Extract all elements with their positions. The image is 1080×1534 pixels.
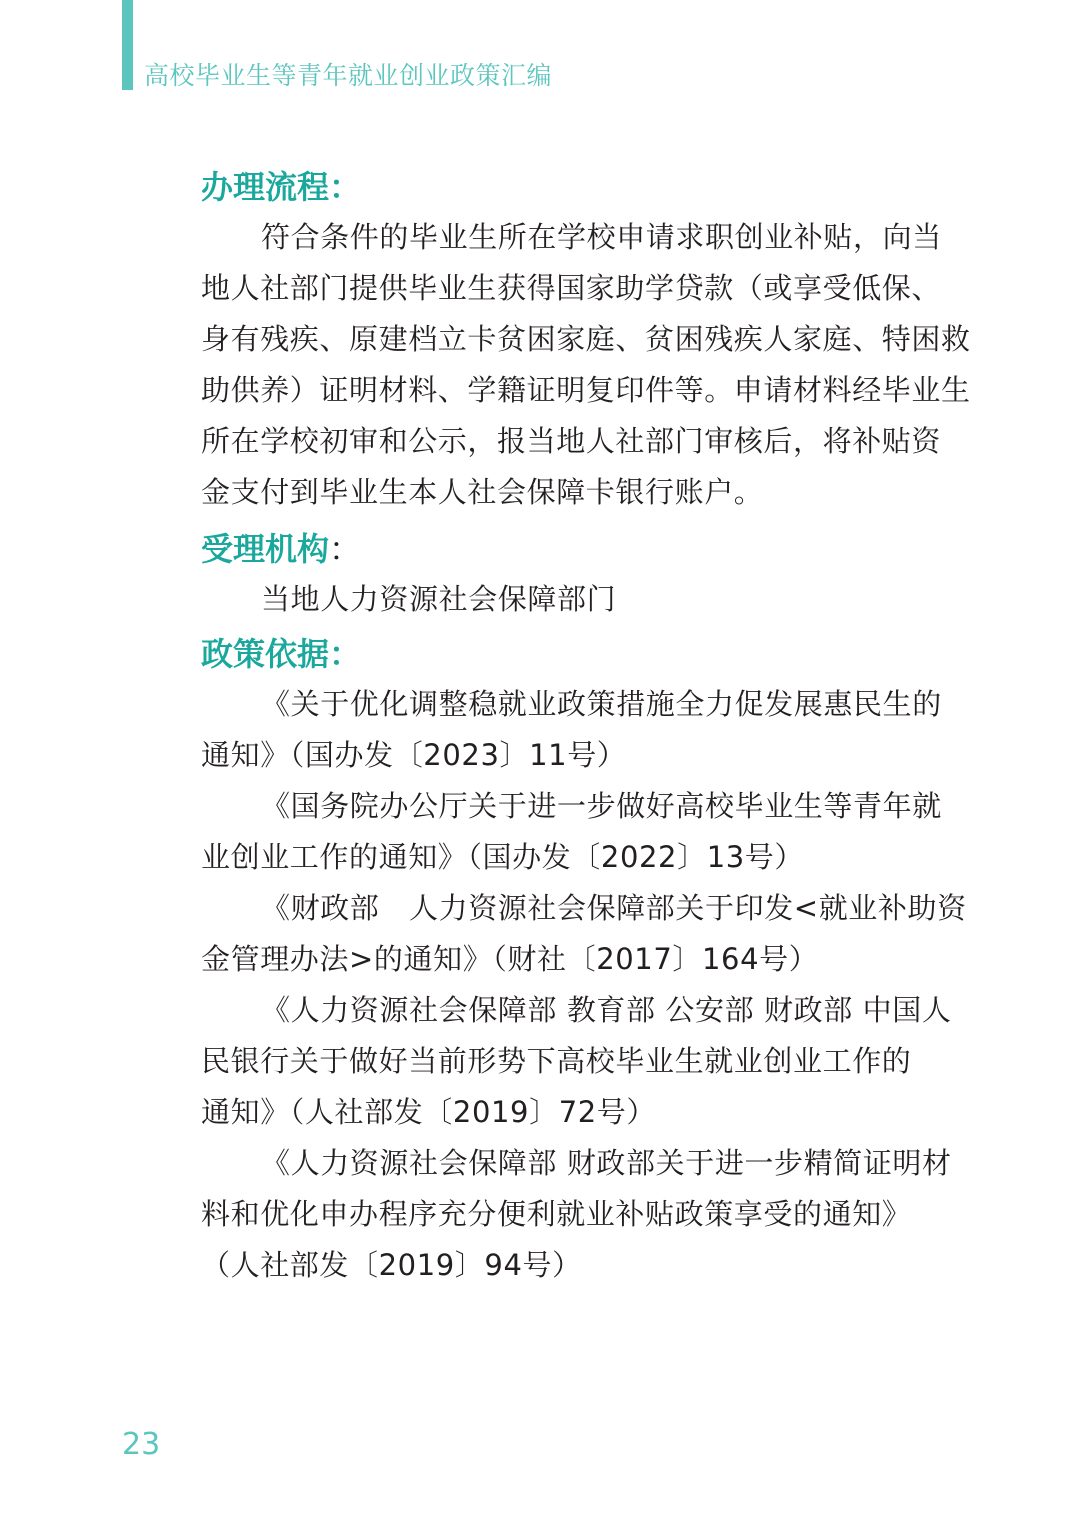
- policy-document-2: 《国务院办公厅关于进一步做好高校毕业生等青年就 业创业工作的通知》（国办发〔20…: [201, 781, 961, 883]
- section-process: 办理流程： 符合条件的毕业生所在学校申请求职创业补贴，向当 地人社部门提供毕业生…: [201, 162, 961, 518]
- document-line: 《关于优化调整稳就业政策措施全力促发展惠民生的: [201, 679, 961, 730]
- paragraph-line: 地人社部门提供毕业生获得国家助学贷款（或享受低保、: [201, 263, 961, 314]
- section-heading-process: 办理流程：: [201, 162, 961, 212]
- paragraph-line: 身有残疾、原建档立卡贫困家庭、贫困残疾人家庭、特困救: [201, 314, 961, 365]
- document-line: 通知》（人社部发〔2019〕72号）: [201, 1087, 961, 1138]
- header-accent-bar: [122, 0, 133, 90]
- agency-text: 当地人力资源社会保障部门: [201, 574, 961, 625]
- policy-document-1: 《关于优化调整稳就业政策措施全力促发展惠民生的 通知》（国办发〔2023〕11号…: [201, 679, 961, 781]
- process-paragraph: 符合条件的毕业生所在学校申请求职创业补贴，向当 地人社部门提供毕业生获得国家助学…: [201, 212, 961, 518]
- policy-document-3: 《财政部 人力资源社会保障部关于印发<就业补助资 金管理办法>的通知》（财社〔2…: [201, 883, 961, 985]
- page-content: 办理流程： 符合条件的毕业生所在学校申请求职创业补贴，向当 地人社部门提供毕业生…: [201, 162, 961, 1291]
- heading-colon: ：: [329, 635, 361, 673]
- paragraph-line: 助供养）证明材料、学籍证明复印件等。申请材料经毕业生: [201, 365, 961, 416]
- document-line: （人社部发〔2019〕94号）: [201, 1240, 961, 1291]
- document-line: 《人力资源社会保障部 教育部 公安部 财政部 中国人: [201, 985, 961, 1036]
- paragraph-line: 所在学校初审和公示，报当地人社部门审核后，将补贴资: [201, 416, 961, 467]
- document-line: 业创业工作的通知》（国办发〔2022〕13号）: [201, 832, 961, 883]
- page-number: 23: [122, 1427, 160, 1463]
- section-basis: 政策依据： 《关于优化调整稳就业政策措施全力促发展惠民生的 通知》（国办发〔20…: [201, 629, 961, 1291]
- agency-paragraph: 当地人力资源社会保障部门: [201, 574, 961, 625]
- document-line: 《国务院办公厅关于进一步做好高校毕业生等青年就: [201, 781, 961, 832]
- heading-colon: ：: [329, 168, 361, 206]
- paragraph-line: 符合条件的毕业生所在学校申请求职创业补贴，向当: [201, 212, 961, 263]
- document-line: 《人力资源社会保障部 财政部关于进一步精简证明材: [201, 1138, 961, 1189]
- policy-document-5: 《人力资源社会保障部 财政部关于进一步精简证明材 料和优化申办程序充分便利就业补…: [201, 1138, 961, 1291]
- heading-text: 受理机构: [201, 530, 329, 568]
- paragraph-line: 金支付到毕业生本人社会保障卡银行账户。: [201, 467, 961, 518]
- section-heading-agency: 受理机构：: [201, 524, 961, 574]
- heading-text: 办理流程: [201, 168, 329, 206]
- document-line: 金管理办法>的通知》（财社〔2017〕164号）: [201, 934, 961, 985]
- section-heading-basis: 政策依据：: [201, 629, 961, 679]
- section-agency: 受理机构： 当地人力资源社会保障部门: [201, 524, 961, 625]
- document-line: 通知》（国办发〔2023〕11号）: [201, 730, 961, 781]
- document-line: 料和优化申办程序充分便利就业补贴政策享受的通知》: [201, 1189, 961, 1240]
- heading-colon: ：: [329, 530, 361, 568]
- heading-text: 政策依据: [201, 635, 329, 673]
- document-line: 民银行关于做好当前形势下高校毕业生就业创业工作的: [201, 1036, 961, 1087]
- policy-document-4: 《人力资源社会保障部 教育部 公安部 财政部 中国人 民银行关于做好当前形势下高…: [201, 985, 961, 1138]
- running-header-title: 高校毕业生等青年就业创业政策汇编: [144, 60, 552, 92]
- document-line: 《财政部 人力资源社会保障部关于印发<就业补助资: [201, 883, 961, 934]
